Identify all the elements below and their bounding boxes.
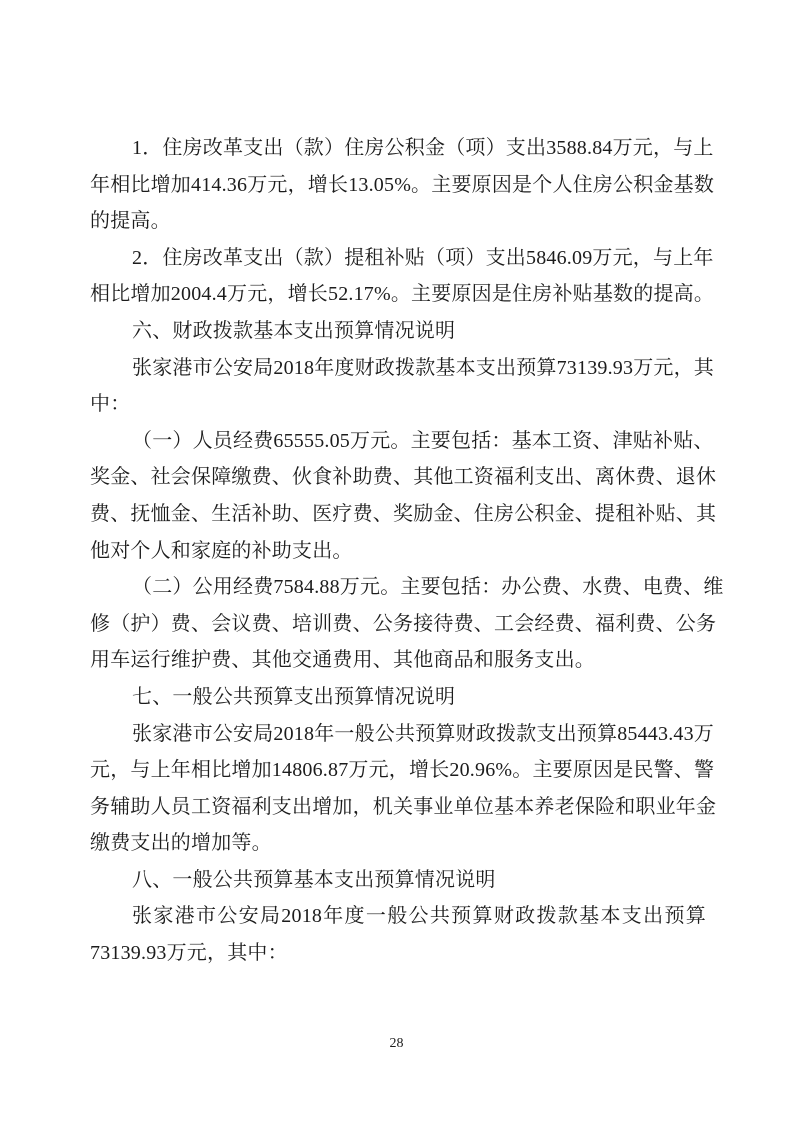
text-line: 用车运行维护费、其他交通费用、其他商品和服务支出。 (90, 642, 706, 679)
text-line: 年相比增加414.36万元，增长13.05%。主要原因是个人住房公积金基数 (90, 167, 706, 204)
text-line: 缴费支出的增加等。 (90, 825, 706, 862)
text-line: 张家港市公安局2018年度财政拨款基本支出预算73139.93万元，其 (90, 350, 706, 387)
text-line: 张家港市公安局2018年一般公共预算财政拨款支出预算85443.43万 (90, 716, 706, 753)
paragraph-public-funds: （二）公用经费7584.88万元。主要包括：办公费、水费、电费、维 修（护）费、… (90, 569, 706, 679)
heading-line: 六、财政拨款基本支出预算情况说明 (90, 313, 706, 350)
paragraph-personnel-funds: （一）人员经费65555.05万元。主要包括：基本工资、津贴补贴、 奖金、社会保… (90, 423, 706, 569)
text-line: 奖金、社会保障缴费、伙食补助费、其他工资福利支出、离休费、退休 (90, 459, 706, 496)
paragraph-basic-expenditure-total: 张家港市公安局2018年度财政拨款基本支出预算73139.93万元，其 中： (90, 350, 706, 423)
heading-line: 八、一般公共预算基本支出预算情况说明 (90, 862, 706, 899)
paragraph-general-budget-basic-expenditure: 张家港市公安局2018年度一般公共预算财政拨款基本支出预算 73139.93万元… (90, 898, 706, 971)
document-body: 1．住房改革支出（款）住房公积金（项）支出3588.84万元，与上 年相比增加4… (90, 130, 706, 972)
text-line: 费、抚恤金、生活补助、医疗费、奖励金、住房公积金、提租补贴、其 (90, 496, 706, 533)
text-line: （一）人员经费65555.05万元。主要包括：基本工资、津贴补贴、 (90, 423, 706, 460)
heading-section-8: 八、一般公共预算基本支出预算情况说明 (90, 862, 706, 899)
text-line: 1．住房改革支出（款）住房公积金（项）支出3588.84万元，与上 (90, 130, 706, 167)
text-line: 相比增加2004.4万元，增长52.17%。主要原因是住房补贴基数的提高。 (90, 276, 706, 313)
text-line: 务辅助人员工资福利支出增加，机关事业单位基本养老保险和职业年金 (90, 789, 706, 826)
text-line: 73139.93万元，其中： (90, 935, 706, 972)
text-line: 的提高。 (90, 203, 706, 240)
heading-section-7: 七、一般公共预算支出预算情况说明 (90, 679, 706, 716)
text-line: 修（护）费、会议费、培训费、公务接待费、工会经费、福利费、公务 (90, 606, 706, 643)
text-line: 他对个人和家庭的补助支出。 (90, 533, 706, 570)
text-line: （二）公用经费7584.88万元。主要包括：办公费、水费、电费、维 (90, 569, 706, 606)
text-line: 元，与上年相比增加14806.87万元，增长20.96%。主要原因是民警、警 (90, 752, 706, 789)
text-line: 张家港市公安局2018年度一般公共预算财政拨款基本支出预算 (90, 898, 706, 935)
paragraph-general-budget-expenditure: 张家港市公安局2018年一般公共预算财政拨款支出预算85443.43万 元，与上… (90, 716, 706, 862)
paragraph-rent-subsidy: 2．住房改革支出（款）提租补贴（项）支出5846.09万元，与上年 相比增加20… (90, 240, 706, 313)
heading-section-6: 六、财政拨款基本支出预算情况说明 (90, 313, 706, 350)
text-line: 2．住房改革支出（款）提租补贴（项）支出5846.09万元，与上年 (90, 240, 706, 277)
paragraph-housing-fund: 1．住房改革支出（款）住房公积金（项）支出3588.84万元，与上 年相比增加4… (90, 130, 706, 240)
text-line: 中： (90, 386, 706, 423)
heading-line: 七、一般公共预算支出预算情况说明 (90, 679, 706, 716)
page-number: 28 (0, 1036, 793, 1052)
